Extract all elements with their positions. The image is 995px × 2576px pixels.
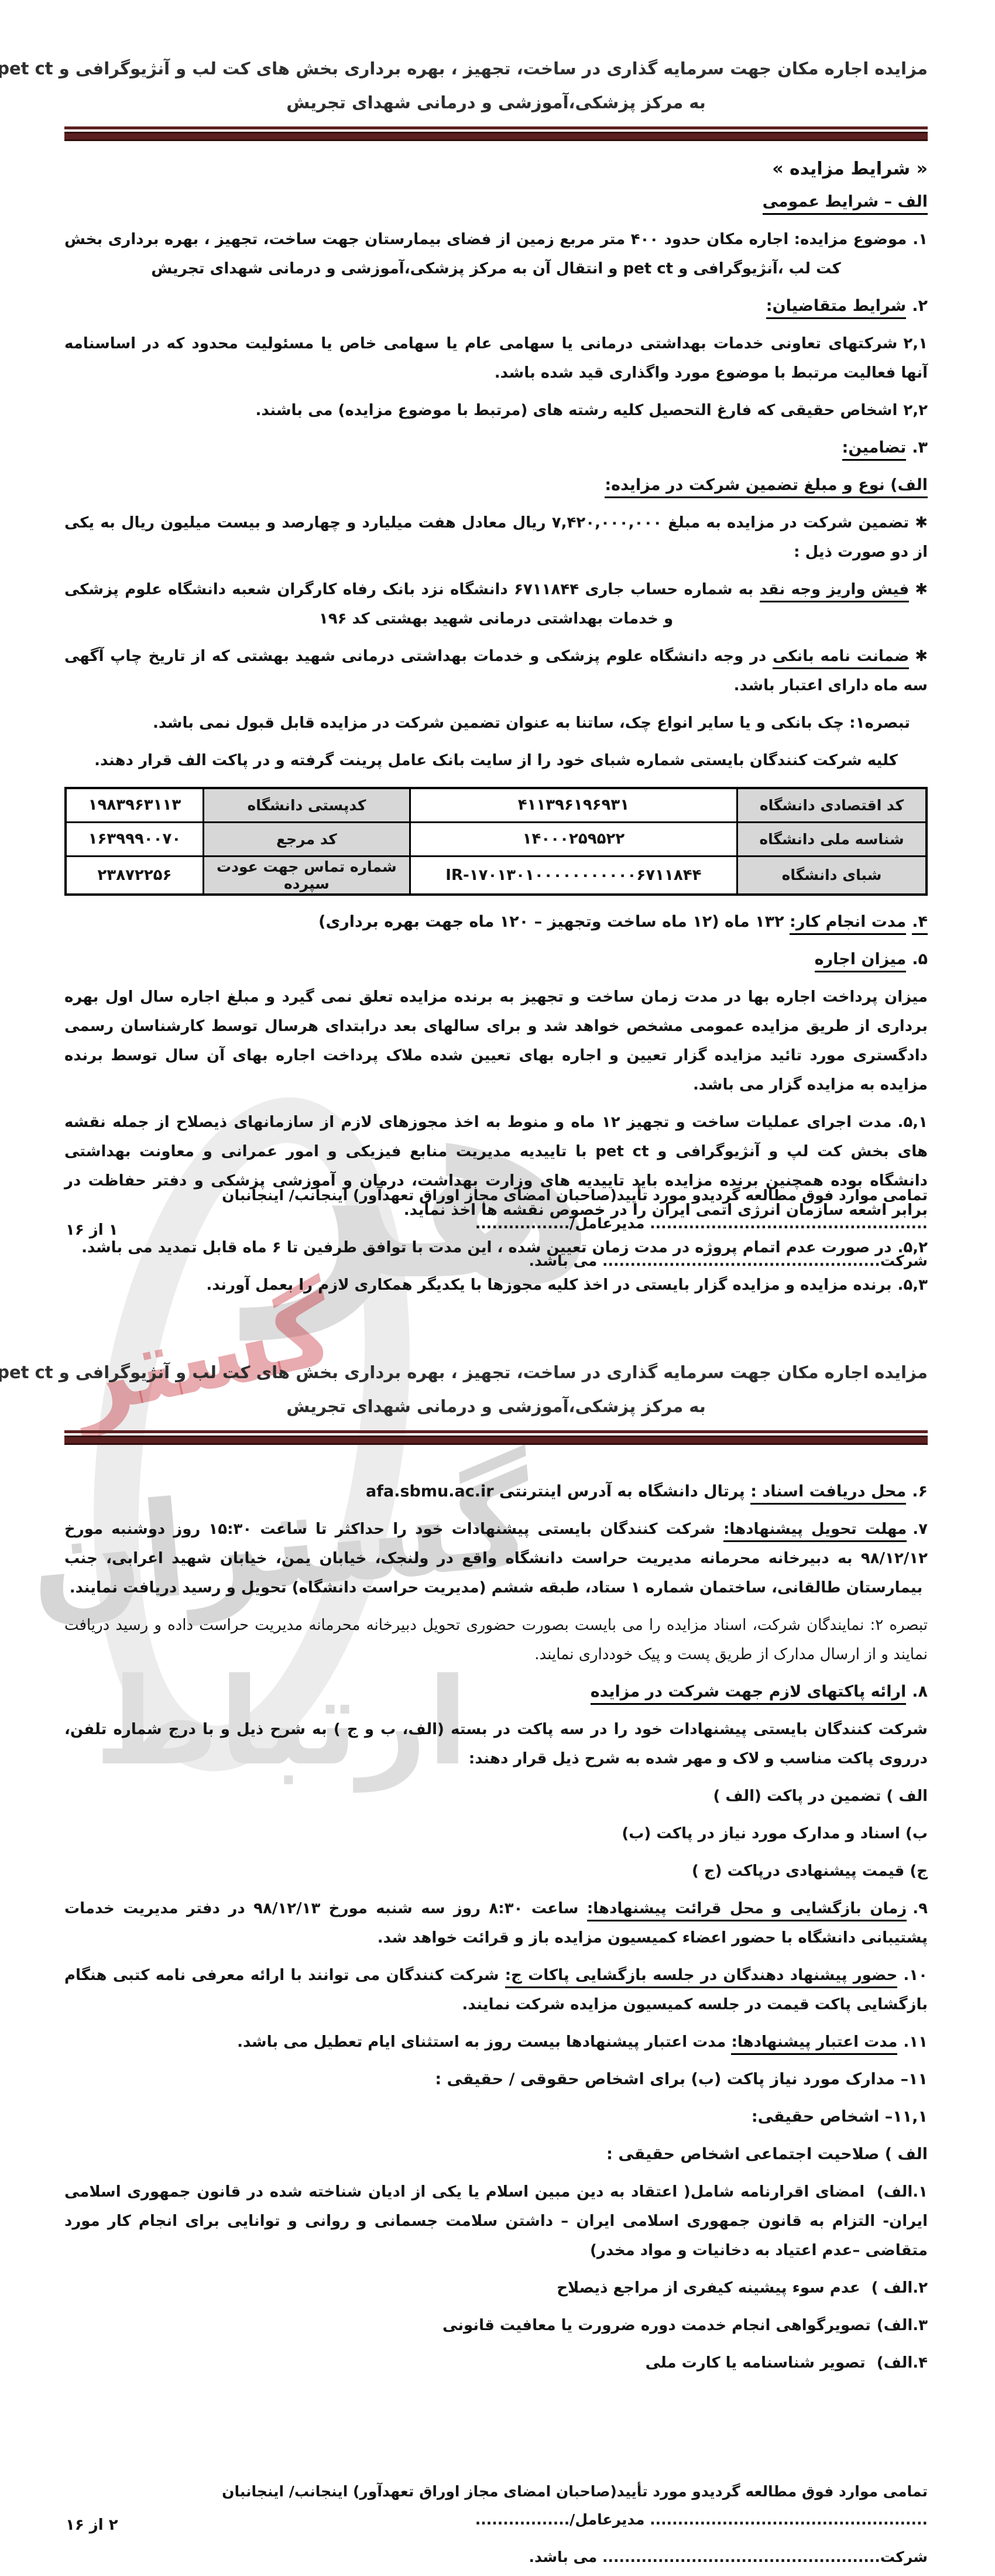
- header-divider: [64, 126, 928, 141]
- clause-number: ۱۰.: [903, 1967, 928, 1984]
- guarantee-amount: ۷,۴۲۰,۰۰۰,۰۰۰: [552, 514, 662, 532]
- clause-number: ۱۱.: [903, 2033, 928, 2051]
- envelope-a-item: الف ) تضمین در پاکت (الف ): [64, 1782, 928, 1811]
- guarantee-type-heading: الف) نوع و مبلغ تضمین شرکت در مزایده:: [64, 471, 928, 500]
- clause-label: مهلت تحویل پیشنهادها:: [723, 1520, 907, 1542]
- note-2: تبصره ۲: نمایندگان شرکت، اسناد مزایده را…: [64, 1611, 928, 1669]
- clause-label: موضوع مزایده:: [794, 231, 907, 248]
- header-divider: [64, 1430, 928, 1445]
- table-value-cell: ۱۹۸۳۹۶۳۱۱۳: [66, 788, 203, 822]
- page-number: ۲ از ۱۶: [66, 2516, 118, 2534]
- table-value-cell: ۱۶۳۹۹۹۰۰۷۰: [66, 822, 203, 856]
- note-1: تبصره۱: چک بانکی و یا سایر انواع چک، سات…: [64, 708, 910, 738]
- clause-body: اجاره مکان حدود ۴۰۰ متر مربع زمین از فضا…: [64, 231, 841, 278]
- clause-number: ۲,۲: [903, 402, 928, 419]
- bank-info-table: کد اقتصادی دانشگاه ۴۱۱۳۹۶۱۹۶۹۳۱ کدپستی د…: [64, 787, 928, 896]
- signature-line-2: شرکت....................................…: [64, 2543, 928, 2571]
- signature-line-1: تمامی موارد فوق مطالعه گردیدو مورد تأیید…: [64, 1181, 928, 1238]
- guarantee-intro-pre: تضمین شرکت در مزایده به مبلغ: [662, 514, 909, 532]
- document-title-line2: به مرکز پزشکی،آموزشی و درمانی شهدای تجری…: [64, 1389, 928, 1423]
- page-2: مزایده اجاره مکان جهت سرمایه گذاری در سا…: [0, 1306, 995, 2576]
- clause-body: امضای اقرارنامه شامل( اعتقاد به دین مبین…: [64, 2183, 928, 2259]
- clause-3-guarantees-heading: ۳.تضامین:: [64, 433, 928, 463]
- guarantee-option-label: فیش واریز وجه نقد: [760, 581, 909, 602]
- signature-block: تمامی موارد فوق مطالعه گردیدو مورد تأیید…: [64, 1181, 928, 1284]
- clause-number: ۳.: [912, 439, 928, 457]
- envelope-c-item: ج) قیمت پیشنهادی درپاکت (ج ): [64, 1856, 928, 1886]
- clause-number: ۸.: [912, 1683, 928, 1701]
- clause-1-subject: ۱.موضوع مزایده: اجاره مکان حدود ۴۰۰ متر …: [64, 225, 928, 283]
- header-divider-thick-line: [64, 1436, 928, 1445]
- clause-8-body: شرکت کنندگان بایستی پیشنهادات خود را در …: [64, 1715, 928, 1773]
- envelope-b-item: ب) اسناد و مدارک مورد نیاز در پاکت (ب): [64, 1819, 928, 1848]
- table-row: شناسه ملی دانشگاه ۱۴۰۰۰۲۵۹۵۲۲ کد مرجع ۱۶…: [66, 822, 927, 856]
- guarantee-option-body: به شماره حساب جاری ۶۷۱۱۸۴۴ دانشگاه نزد ب…: [64, 581, 760, 628]
- clause-body: مدت اعتبار پیشنهادها بیست روز به استثنای…: [237, 2033, 731, 2051]
- clause-number: ۱.: [912, 231, 928, 248]
- table-label-cell: کد اقتصادی دانشگاه: [737, 788, 927, 822]
- clause-10-attendance: ۱۰.حضور پیشنهاد دهندگان در جلسه بازگشایی…: [64, 1961, 928, 2019]
- header-divider-thin-line: [64, 126, 928, 129]
- clause-number: ۷.: [912, 1520, 928, 1538]
- clause-7-deadline: ۷.مهلت تحویل پیشنهادها: شرکت کنندگان بای…: [64, 1515, 928, 1602]
- conditions-title: « شرایط مزایده »: [64, 159, 928, 179]
- table-value-cell: ۴۱۱۳۹۶۱۹۶۹۳۱: [410, 788, 737, 822]
- asterisk-bullet-icon: ✱: [915, 514, 928, 532]
- clause-number: ۲,۱: [903, 335, 928, 352]
- clause-2-applicants-heading: ۲.شرایط متقاضیان:: [64, 292, 928, 321]
- signature-line-1: تمامی موارد فوق مطالعه گردیدو مورد تأیید…: [64, 2478, 928, 2534]
- table-value-cell: ۲۳۸۷۲۲۵۶: [66, 856, 203, 895]
- general-conditions-heading: الف – شرایط عمومی: [64, 187, 928, 217]
- social-competence-heading: الف ) صلاحیت اجتماعی اشخاص حقیقی :: [64, 2140, 928, 2169]
- signature-block: تمامی موارد فوق مطالعه گردیدو مورد تأیید…: [64, 2478, 928, 2576]
- clause-a3: ۳.الف)تصویرگواهی انجام خدمت دوره ضرورت ی…: [64, 2311, 928, 2340]
- table-value-cell-sheba: IR-۱۷۰۱۳۰۱۰۰۰۰۰۰۰۰۰۰۰۶۷۱۱۸۴۴: [410, 856, 737, 895]
- clause-8-envelopes-heading: ۸.ارائه پاکتهای لازم جهت شرکت در مزایده: [64, 1677, 928, 1707]
- guarantee-option-label: ضمانت نامه بانکی: [773, 648, 909, 669]
- clause-number: ۵,۱.: [897, 1114, 928, 1131]
- real-persons-heading: ۱۱,۱– اشخاص حقیقی:: [64, 2102, 928, 2132]
- clause-a1: ۱.الف) امضای اقرارنامه شامل( اعتقاد به د…: [64, 2177, 928, 2265]
- clause-body: ۱۳۲ ماه (۱۲ ماه ساخت وتجهیز – ۱۲۰ ماه جه…: [318, 913, 790, 931]
- document-title-line1: مزایده اجاره مکان جهت سرمایه گذاری در سا…: [64, 1355, 928, 1389]
- table-value-cell: ۱۴۰۰۰۲۵۹۵۲۲: [410, 822, 737, 856]
- table-label-cell: کد مرجع: [203, 822, 410, 856]
- guarantee-option-cash: ✱فیش واریز وجه نقد به شماره حساب جاری ۶۷…: [64, 575, 928, 633]
- clause-label: میزان اجاره: [815, 950, 907, 972]
- clause-2-1: ۲,۱شرکتهای تعاونی خدمات بهداشتی درمانی ی…: [64, 329, 928, 388]
- required-docs-heading: ۱۱– مدارک مورد نیاز پاکت (ب) برای اشخاص …: [64, 2065, 928, 2094]
- page1-header: مزایده اجاره مکان جهت سرمایه گذاری در سا…: [64, 0, 928, 141]
- clause-body: شرکتهای تعاونی خدمات بهداشتی درمانی یا س…: [64, 335, 928, 382]
- guarantee-option-bank: ✱ضمانت نامه بانکی در وجه دانشگاه علوم پز…: [64, 642, 928, 700]
- clause-label: حضور پیشنهاد دهندگان در جلسه بازگشایی پا…: [505, 1967, 898, 1988]
- document-title-line2: به مرکز پزشکی،آموزشی و درمانی شهدای تجری…: [64, 85, 928, 119]
- clause-number: ۴.: [912, 913, 928, 935]
- page-number: ۱ از ۱۶: [66, 1221, 118, 1239]
- clause-number: ۱.الف): [877, 2183, 928, 2201]
- clause-body: تصویرگواهی انجام خدمت دوره ضرورت یا معاف…: [442, 2317, 871, 2334]
- document-canvas: هر گستران ارتباط گستر مزایده اجاره مکان …: [0, 0, 995, 2576]
- signature-line-2: شرکت....................................…: [64, 1247, 928, 1275]
- clause-label: زمان بازگشایی و محل قرائت پیشنهادها:: [587, 1900, 907, 1921]
- table-label-cell: کدپستی دانشگاه: [203, 788, 410, 822]
- clause-number: ۵.: [912, 950, 928, 968]
- clause-label: شرایط متقاضیان:: [766, 297, 906, 319]
- clause-5-rent-heading: ۵.میزان اجاره: [64, 945, 928, 974]
- clause-label: ارائه پاکتهای لازم جهت شرکت در مزایده: [591, 1683, 906, 1705]
- clause-number: ۳.الف): [877, 2317, 928, 2334]
- clause-number: ۶.: [912, 1482, 928, 1501]
- clause-label: محل دریافت اسناد :: [750, 1482, 906, 1505]
- clause-4-duration: ۴.مدت انجام کار: ۱۳۲ ماه (۱۲ ماه ساخت وت…: [64, 907, 928, 937]
- table-label-cell: شماره تماس جهت عودت سپرده: [203, 856, 410, 895]
- clause-label: تضامین:: [842, 439, 907, 461]
- table-row: کد اقتصادی دانشگاه ۴۱۱۳۹۶۱۹۶۹۳۱ کدپستی د…: [66, 788, 927, 822]
- clause-label: مدت اعتبار پیشنهادها:: [731, 2033, 897, 2055]
- clause-a2: ۲.الف ) عدم سوء پیشینه کیفری از مراجع ذی…: [64, 2273, 928, 2303]
- asterisk-bullet-icon: ✱: [915, 648, 928, 665]
- page-1: مزایده اجاره مکان جهت سرمایه گذاری در سا…: [0, 0, 995, 1306]
- clause-body: پرتال دانشگاه به آدرس اینترنتی afa.sbmu.…: [366, 1482, 750, 1501]
- clause-number: ۲.الف ): [872, 2279, 928, 2297]
- guarantee-intro: ✱تضمین شرکت در مزایده به مبلغ ۷,۴۲۰,۰۰۰,…: [64, 508, 928, 567]
- sheba-note: کلیه شرکت کنندگان بایستی شماره شبای خود …: [64, 746, 928, 775]
- clause-2-2: ۲,۲اشخاص حقیقی که فارغ التحصیل کلیه رشته…: [64, 396, 928, 425]
- clause-a4: ۴.الف) تصویر شناسنامه یا کارت ملی: [64, 2348, 928, 2378]
- table-label-cell: شناسه ملی دانشگاه: [737, 822, 927, 856]
- asterisk-bullet-icon: ✱: [915, 581, 928, 598]
- clause-label: مدت انجام کار:: [790, 913, 906, 935]
- clause-body: اشخاص حقیقی که فارغ التحصیل کلیه رشته ها…: [255, 402, 897, 419]
- header-divider-thick-line: [64, 132, 928, 141]
- page2-header: مزایده اجاره مکان جهت سرمایه گذاری در سا…: [64, 1306, 928, 1445]
- clause-body: تصویر شناسنامه یا کارت ملی: [646, 2354, 871, 2372]
- clause-9-opening: ۹.زمان بازگشایی و محل قرائت پیشنهادها: س…: [64, 1894, 928, 1952]
- clause-number: ۴.الف): [877, 2354, 928, 2372]
- table-label-cell: شبای دانشگاه: [737, 856, 927, 895]
- document-title-line1: مزایده اجاره مکان جهت سرمایه گذاری در سا…: [64, 52, 928, 85]
- clause-11-validity: ۱۱.مدت اعتبار پیشنهادها: مدت اعتبار پیشن…: [64, 2027, 928, 2057]
- clause-body: عدم سوء پیشینه کیفری از مراجع ذیصلاح: [557, 2279, 865, 2297]
- clause-5-body: میزان پرداخت اجاره بها در مدت زمان ساخت …: [64, 982, 928, 1099]
- clause-number: ۲.: [912, 297, 928, 315]
- table-row: شبای دانشگاه IR-۱۷۰۱۳۰۱۰۰۰۰۰۰۰۰۰۰۰۶۷۱۱۸۴…: [66, 856, 927, 895]
- header-divider-thin-line: [64, 1430, 928, 1433]
- clause-number: ۹.: [912, 1900, 928, 1917]
- clause-6-documents: ۶.محل دریافت اسناد : پرتال دانشگاه به آد…: [64, 1477, 928, 1506]
